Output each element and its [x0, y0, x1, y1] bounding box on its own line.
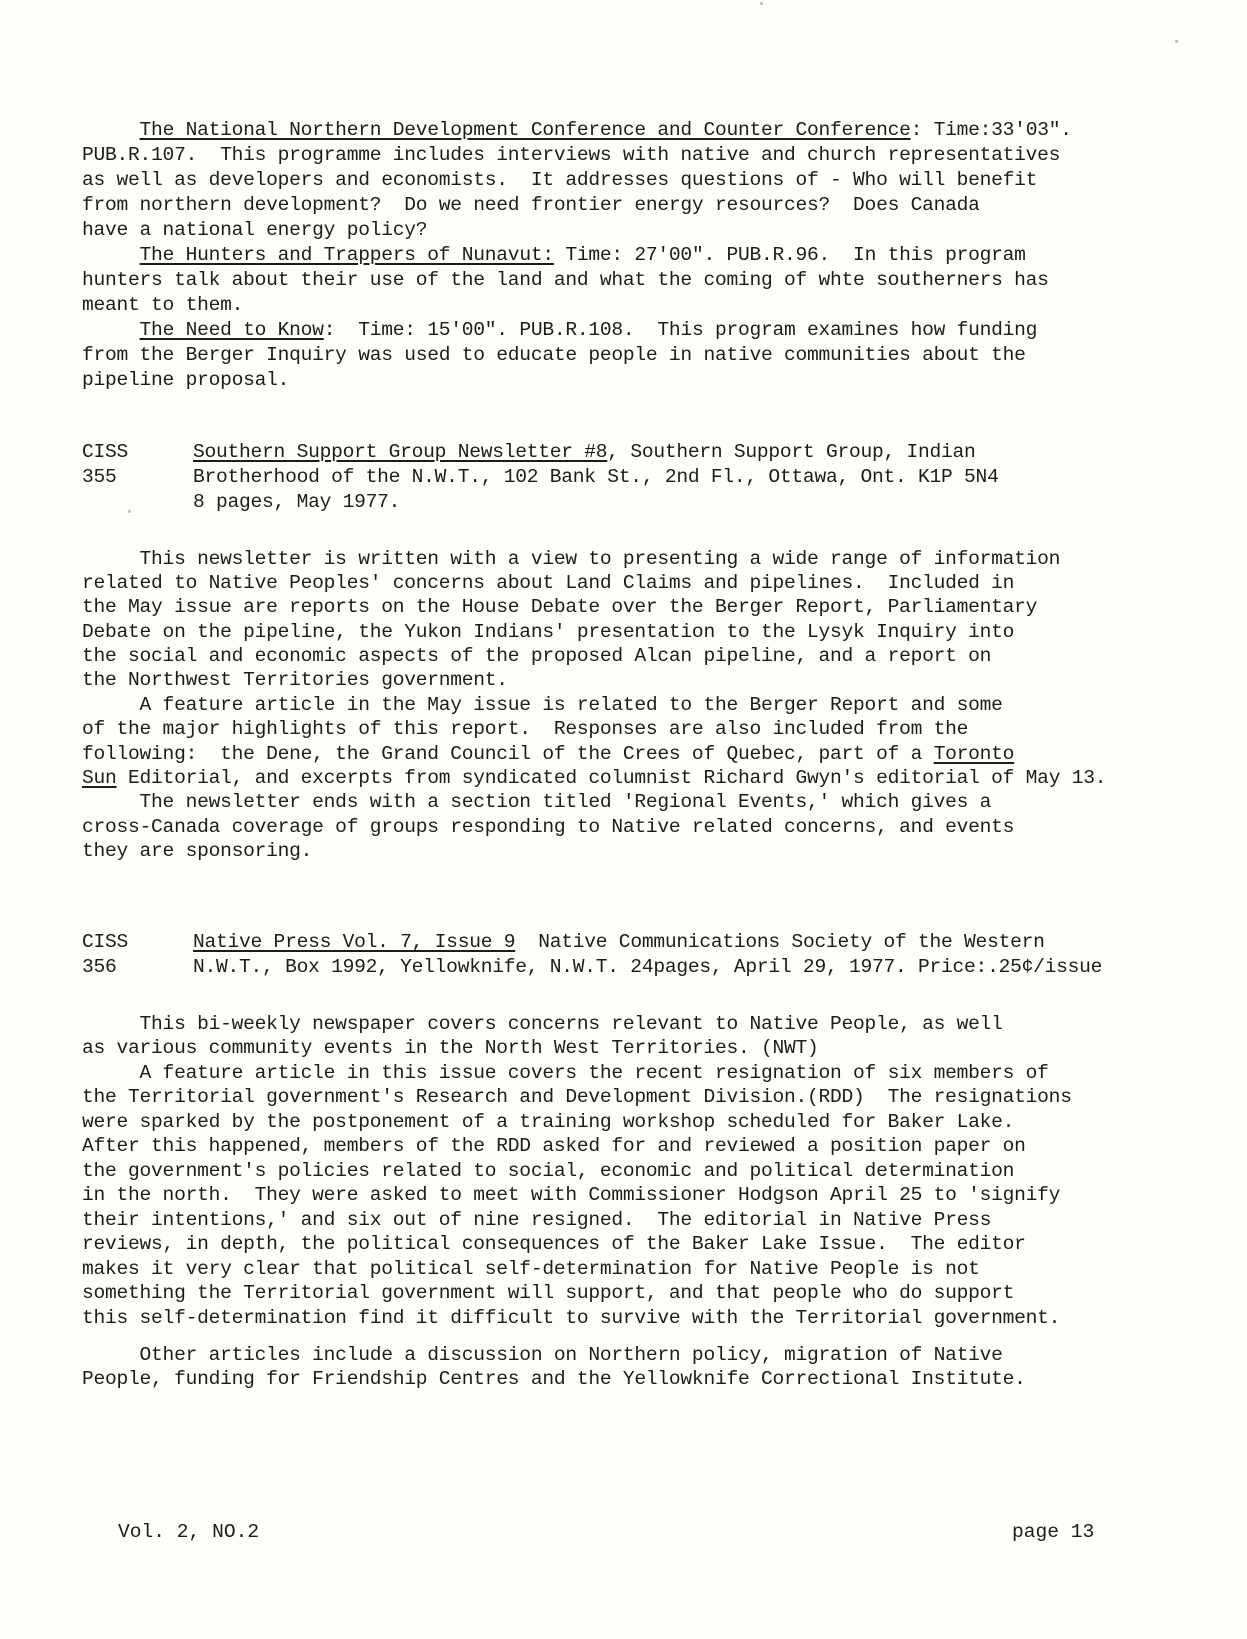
text-line: from northern development? Do we need fr…: [82, 193, 980, 217]
entry-citation-line-1: Southern Support Group Newsletter #8, So…: [193, 440, 976, 464]
document-page: The National Northern Development Confer…: [0, 0, 1247, 1639]
entry-title: Southern Support Group Newsletter #8: [193, 441, 607, 463]
body-line: their intentions,' and six out of nine r…: [82, 1208, 991, 1232]
body-line: in the north. They were asked to meet wi…: [82, 1183, 1060, 1207]
program-title: The National Northern Development Confer…: [140, 119, 911, 141]
text-line: have a national energy policy?: [82, 218, 427, 242]
program-title: The Need to Know: [140, 319, 324, 341]
body-line: the May issue are reports on the House D…: [82, 595, 1037, 619]
body-line: of the major highlights of this report. …: [82, 717, 968, 741]
entry-title: Native Press Vol. 7, Issue 9: [193, 931, 515, 953]
body-line: the Territorial government's Research an…: [82, 1085, 1072, 1109]
underlined-publication: Toronto: [934, 743, 1015, 765]
body-line: A feature article in this issue covers t…: [82, 1061, 1049, 1085]
body-line: After this happened, members of the RDD …: [82, 1134, 1026, 1158]
body-line: something the Territorial government wil…: [82, 1281, 1014, 1305]
entry-number: 356: [82, 955, 117, 979]
body-line: as various community events in the North…: [82, 1036, 819, 1060]
entry-number: 355: [82, 465, 117, 489]
body-line: related to Native Peoples' concerns abou…: [82, 571, 1014, 595]
body-line: Debate on the pipeline, the Yukon Indian…: [82, 620, 1014, 644]
body-line: the social and economic aspects of the p…: [82, 644, 991, 668]
entry-code: CISS: [82, 440, 128, 464]
program-item-3-line-1: The Need to Know: Time: 15'00". PUB.R.10…: [82, 318, 1037, 342]
body-line: the Northwest Territories government.: [82, 668, 508, 692]
entry-citation-line: Brotherhood of the N.W.T., 102 Bank St.,…: [193, 465, 999, 489]
paper-speck: [760, 2, 763, 5]
volume-number: Vol. 2, NO.2: [118, 1520, 259, 1544]
body-line: makes it very clear that political self-…: [82, 1257, 980, 1281]
underlined-publication: Sun: [82, 767, 117, 789]
entry-code: CISS: [82, 930, 128, 954]
text-line: as well as developers and economists. It…: [82, 168, 1037, 192]
page-number: page 13: [1012, 1520, 1094, 1544]
paper-speck: [1175, 40, 1178, 43]
text-line: from the Berger Inquiry was used to educ…: [82, 343, 1026, 367]
body-line: This bi-weekly newspaper covers concerns…: [82, 1012, 1003, 1036]
body-line: reviews, in depth, the political consequ…: [82, 1232, 1026, 1256]
entry-citation-line: 8 pages, May 1977.: [193, 490, 400, 514]
text-line: meant to them.: [82, 293, 243, 317]
body-line: this self-determination find it difficul…: [82, 1306, 1060, 1330]
program-item-1-line-1: The National Northern Development Confer…: [82, 118, 1072, 142]
body-line: A feature article in the May issue is re…: [82, 693, 1003, 717]
program-title: The Hunters and Trappers of Nunavut:: [140, 244, 554, 266]
text-line: pipeline proposal.: [82, 368, 289, 392]
body-line: This newsletter is written with a view t…: [82, 547, 1060, 571]
body-line: they are sponsoring.: [82, 839, 312, 863]
body-line: cross-Canada coverage of groups respondi…: [82, 815, 1014, 839]
body-line: Other articles include a discussion on N…: [82, 1343, 1003, 1367]
entry-citation-line: N.W.T., Box 1992, Yellowknife, N.W.T. 24…: [193, 955, 1102, 979]
paper-speck: [128, 510, 131, 513]
body-line: Sun Editorial, and excerpts from syndica…: [82, 766, 1106, 790]
body-line: The newsletter ends with a section title…: [82, 790, 991, 814]
entry-citation-line-1: Native Press Vol. 7, Issue 9 Native Comm…: [193, 930, 1045, 954]
body-line: People, funding for Friendship Centres a…: [82, 1367, 1026, 1391]
text-line: hunters talk about their use of the land…: [82, 268, 1049, 292]
text-line: PUB.R.107. This programme includes inter…: [82, 143, 1060, 167]
body-line: following: the Dene, the Grand Council o…: [82, 742, 1014, 766]
body-line: were sparked by the postponement of a tr…: [82, 1110, 1014, 1134]
program-item-2-line-1: The Hunters and Trappers of Nunavut: Tim…: [82, 243, 1026, 267]
body-line: the government's policies related to soc…: [82, 1159, 1014, 1183]
